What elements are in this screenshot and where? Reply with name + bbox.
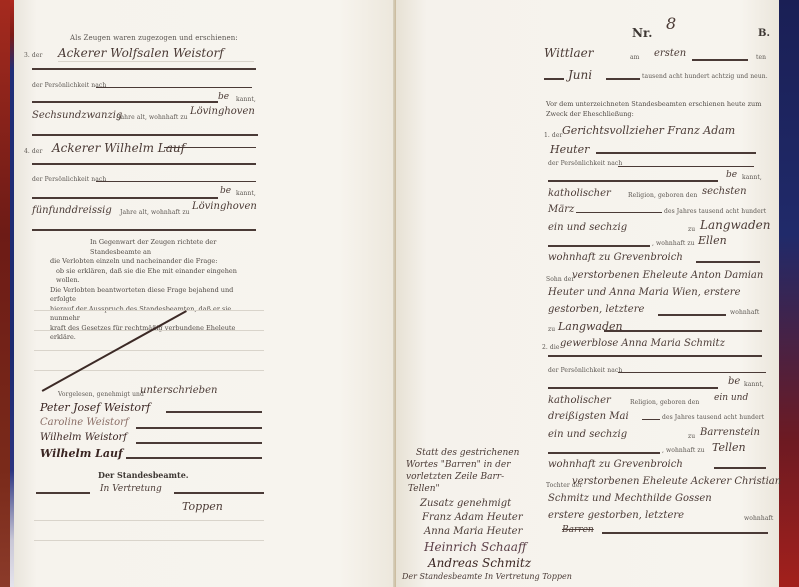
party-2-birth-year: ein und sechzig [548,429,627,440]
party-2-known-suffix: kannt, [744,381,764,388]
party-2-parents-residence: Barren [562,525,594,535]
party-1-birth-month: März [548,204,574,215]
party-2-parents-2: Schmitz und Mechthilde Gossen [548,493,712,504]
party-2-religion: katholischer [548,395,611,406]
party-2-birth-day: ein und [714,393,748,403]
witness-3-number: 3. der [24,52,43,59]
party-1-residence: Ellen [698,234,727,247]
age-label-4: Jahre alt, wohnhaft zu [120,209,190,216]
date-on-label: am [630,54,639,61]
party-1-religion: katholischer [548,188,611,199]
registrar-title: Der Standesbeamte. [98,470,189,480]
series-letter: B. [758,28,770,39]
party-2-number: 2. die [542,344,560,351]
signature-3: Wilhelm Weistorf [40,432,127,443]
party-1-birth-day: sechsten [702,186,747,197]
party-1-religion-label: Religion, geboren den [628,192,697,199]
party-1-known-hand: be [726,170,737,180]
party-2-year-label: des Jahres tausend acht hundert [662,414,764,421]
witness-3-age: Sechsundzwanzig [32,110,122,121]
known-hand-3: be [218,92,229,102]
party-1-parents-3: gestorben, letztere [548,304,644,315]
party-1-son-label: Sohn der [546,276,574,283]
known-suffix-4: kannt, [236,190,256,197]
party-2-residence-label: , wohnhaft zu [662,447,705,454]
party-1-number: 1. der [544,132,563,139]
party-1-parents-2: Heuter und Anna Maria Wien, erstere [548,287,740,298]
read-approved-label: Vorgelesen, genehmigt und [58,391,144,398]
party-1-parents: verstorbenen Eheleute Anton Damian [572,270,763,281]
witness-4-residence: Lövinghoven [192,201,257,212]
day-suffix: ten [756,54,766,61]
party-1-identity-label: der Persönlichkeit nach [548,160,622,167]
book-cover-right [777,0,799,587]
party-1-birthplace: Langwaden [700,218,770,232]
place: Wittlaer [544,46,593,60]
party-1-residence-2: wohnhaft zu Grevenbroich [548,252,683,263]
party-2-parents-3: erstere gestorben, letztere [548,510,684,521]
party-1-known-suffix: kannt, [742,174,762,181]
day: ersten [654,48,686,59]
witness-3-residence: Lövinghoven [190,106,255,117]
month: Juni [568,68,592,82]
witness-4-name: Ackerer Wilhelm Lauf [52,141,185,155]
read-approved-hand: unterschrieben [140,385,217,396]
signature-4: Wilhelm Lauf [40,447,123,460]
signature-2: Caroline Weistorf [40,417,129,428]
party-2-religion-label: Religion, geboren den [630,399,699,406]
party-1-residence-label: , wohnhaft zu [652,240,695,247]
age-label-3: Jahre alt, wohnhaft zu [118,114,188,121]
party-1-parents-res-label: wohnhaft [730,309,759,316]
witness-intro: Als Zeugen waren zugezogen und erschiene… [70,34,238,42]
party-2-residence: Tellen [712,441,746,454]
party-1-name: Gerichtsvollzieher Franz Adam [562,124,735,137]
party-1-surname: Heuter [550,143,589,156]
party-2-parents-res-label: wohnhaft [744,515,773,522]
party-2-parents: verstorbenen Eheleute Ackerer Christian [572,476,781,487]
party-1-parents-res-prefix: zu [548,326,555,333]
witness-3-name: Ackerer Wolfsalen Weistorf [58,46,224,60]
registrar-deputy: In Vertretung [100,484,162,494]
party-2-name: gewerblose Anna Maria Schmitz [560,338,725,349]
party-2-residence-2: wohnhaft zu Grevenbroich [548,459,683,470]
party-1-birth-year: ein und sechzig [548,222,627,233]
witness-4-number: 4. der [24,148,43,155]
known-suffix-3: kannt, [236,96,256,103]
record-number: 8 [666,14,676,33]
party-2-birthplace: Barrenstein [700,427,760,438]
registrar-signature: Toppen [182,500,223,513]
party-2-known-hand: be [728,376,740,387]
party-1-year-label: des Jahres tausend acht hundert [664,208,766,215]
party-2-identity-label: der Persönlichkeit nach [548,367,622,374]
left-page: Als Zeugen waren zugezogen und erschiene… [14,0,396,587]
record-number-label: Nr. [632,26,652,40]
party-2-birth-day-2: dreißigsten Mai [548,411,629,422]
witness-4-age: fünfunddreissig [32,205,112,216]
signature-1: Peter Josef Weistorf [40,401,150,414]
party-1-born-at: zu [688,226,695,233]
right-page: Nr. 8 B. Wittlaer am ersten ten Juni tau… [396,0,779,587]
year-text: tausend acht hundert achtzig und neun. [642,73,768,80]
known-hand-4: be [220,186,231,196]
party-2-born-at: zu [688,433,695,440]
divider [32,68,256,70]
intro-text: Vor dem unterzeichneten Standesbeamten e… [546,100,766,119]
